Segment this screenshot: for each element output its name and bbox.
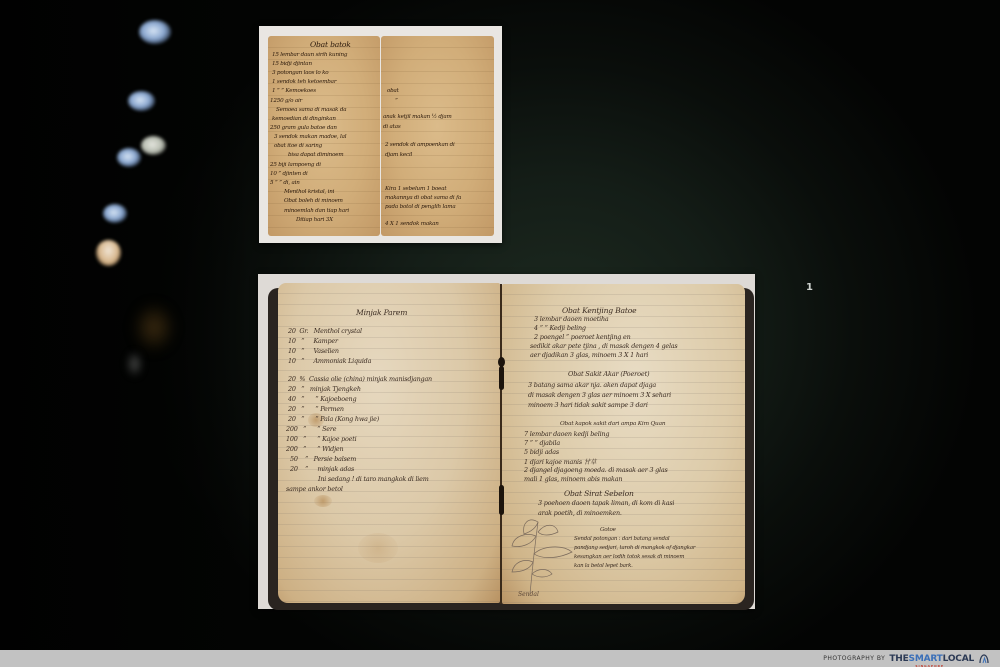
manuscript-line: 15 lembar daun sirih kuning	[272, 52, 347, 58]
manuscript-line: Kira 1 sebelum 1 boeat	[385, 186, 446, 192]
item: ” Kajoeboeng	[315, 395, 356, 403]
unit: ”	[301, 415, 304, 423]
manuscript-line: 2 djangel djagoeng moeda. di masak aer 3…	[524, 466, 668, 474]
unit: ”	[301, 395, 304, 403]
ingredient-row: 100 ” ” Kajoe poeti	[286, 435, 356, 443]
qty: 10	[288, 357, 296, 365]
unit: ”	[305, 455, 308, 463]
manuscript-line: 7 lembar daoen kedji beling	[524, 430, 609, 438]
unit: ”	[301, 385, 304, 393]
notebook-left-title: Minjak Parem	[356, 308, 407, 317]
manuscript-line: Ditiap hari 3X	[296, 217, 333, 223]
plant-sketch-icon: Sendal	[508, 502, 578, 598]
qty: 20	[288, 385, 296, 393]
recipe-title: Obat kapok sakit dari ampa Kim Quan	[560, 421, 665, 427]
manuscript-line: 15 bidji djintan	[272, 61, 312, 67]
manuscript-line: 4 ” ” Kedji beling	[534, 324, 586, 332]
qty: 200	[286, 445, 298, 453]
manuscript-line: 1 sendok teh ketoembar	[272, 79, 336, 85]
ingredient-row: 20 ” minjak adas	[290, 465, 354, 473]
ingredient-row: 20 ” ” Pala (Kong hwa jie)	[288, 415, 379, 423]
qty: 20	[290, 465, 298, 473]
recipe-title: Obat Sirat Sebelon	[564, 489, 634, 498]
unit: ”	[305, 465, 308, 473]
manuscript-line: kemoedian di dinginkan	[272, 116, 336, 122]
manuscript-line: bisa dapat diminoem	[288, 152, 343, 158]
manuscript-line: sampe ankor betol	[286, 485, 343, 493]
manuscript-line: minoemlah dan tiap hari	[284, 208, 349, 214]
recipe-title: Obat Kentjing Batoe	[562, 306, 636, 315]
item: minjak adas	[317, 465, 354, 473]
binding-thread	[499, 485, 504, 515]
manuscript-line: Semoea sama di masak da	[276, 107, 346, 113]
qty: 10	[288, 347, 296, 355]
binding-thread	[499, 366, 504, 390]
unit: ”	[301, 347, 304, 355]
manuscript-line: Sendal potongan : dari batang sendal	[574, 536, 669, 542]
ingredient-row: 20 % Cassia olie (china) minjak manisdja…	[288, 375, 432, 383]
item: ” Kajoe poeti	[317, 435, 356, 443]
item: Cassia olie (china) minjak manisdjangan	[309, 375, 432, 383]
brand-subtitle: SINGAPORE	[915, 664, 944, 667]
brand-logo-icon	[978, 653, 990, 665]
manuscript-line: 1 ” ” Kemoekoes	[272, 88, 316, 94]
bokeh-light	[117, 148, 141, 167]
credit-prefix: PHOTOGRAPHY BY	[823, 655, 885, 662]
manuscript-line: 250 gram gula batoe dan	[270, 125, 337, 131]
brand-word: THE	[889, 654, 908, 664]
ingredient-row: 40 ” ” Kajoeboeng	[288, 395, 356, 403]
qty: 40	[288, 395, 296, 403]
manuscript-line: di atas	[383, 124, 401, 130]
qty: 20	[288, 375, 296, 383]
manuscript-line: makannya di obat sama di fa	[385, 195, 461, 201]
item: Kamper	[313, 337, 337, 345]
paper-stain	[358, 533, 398, 563]
ingredient-row: 20 Gr. Menthol crystal	[288, 327, 362, 335]
manuscript-line: minoem 3 hari tidak sakit sampe 3 dari	[528, 401, 648, 409]
item: minjak Tjengkeh	[310, 385, 361, 393]
ingredient-row: 10 ” Vaselien	[288, 347, 339, 355]
manuscript-line: djam kecil	[385, 152, 412, 158]
ingredient-row: 10 ” Ammoniak Liquida	[288, 357, 371, 365]
manuscript-line: ”	[395, 98, 398, 104]
manuscript-line: 2 sendok di ampoenkan di	[385, 142, 455, 148]
unit: ”	[301, 405, 304, 413]
exhibit-number: 1	[806, 282, 813, 293]
small-card-title: Obat batok	[310, 40, 351, 49]
manuscript-line: obat	[387, 88, 399, 94]
manuscript-line: pandjang sedjari, taroh di mangkok of dj…	[574, 545, 695, 551]
manuscript-line: 3 potongan laos lo ko	[272, 70, 328, 76]
manuscript-line: Ini sedang ! di taro mangkok di liem	[318, 475, 429, 483]
manuscript-line: 3 sendok makan madoe, lal	[274, 134, 346, 140]
small-card-left-page: Obat batok 15 lembar daun sirih kuning 1…	[268, 36, 380, 236]
unit: %	[299, 375, 305, 383]
manuscript-line: 1250 g/o air	[270, 98, 302, 104]
manuscript-line: aer djadikan 3 glas, minoem 3 X 1 hari	[530, 351, 648, 359]
item: Vaselien	[313, 347, 338, 355]
manuscript-line: Menthol kristal, ini	[284, 189, 334, 195]
recipe-title: Gotoe	[600, 527, 616, 533]
manuscript-line: anak ketjil makan ½ djam	[383, 114, 452, 120]
paper-stain	[314, 495, 332, 507]
unit: ”	[301, 357, 304, 365]
unit: ”	[303, 425, 306, 433]
notebook-left-page: Minjak Parem 20 Gr. Menthol crystal 10 ”…	[278, 283, 500, 603]
sketch-label: Sendal	[518, 591, 539, 598]
item: ” Permen	[315, 405, 344, 413]
qty: 10	[288, 337, 296, 345]
manuscript-line: pada botol di penglih lama	[385, 204, 456, 210]
manuscript-line: kan la betol lepet bark.	[574, 563, 633, 569]
manuscript-line: 1 djari kajoe manis 甘草	[524, 457, 596, 466]
unit: Gr.	[299, 327, 308, 335]
manuscript-line: 2 poengel ” poeroet kentjing en	[534, 333, 630, 341]
qty: 100	[286, 435, 298, 443]
bokeh-light	[96, 240, 121, 266]
notebook-right-page: Obat Kentjing Batoe 3 lembar daoen moeti…	[502, 284, 745, 604]
bokeh-light	[139, 20, 171, 44]
photo-credit-bar: PHOTOGRAPHY BY THESMARTLOCALSINGAPORE	[0, 650, 1000, 667]
manuscript-line: sedikit akar pete tjina , di masak denge…	[530, 342, 678, 350]
ingredient-row: 20 ” ” Permen	[288, 405, 344, 413]
small-card-right-page: obat ” anak ketjil makan ½ djam di atas …	[381, 36, 494, 236]
item: Menthol crystal	[314, 327, 362, 335]
manuscript-line: obat itoe di saring	[274, 143, 322, 149]
ingredient-row: 50 ” Persie balsem	[290, 455, 356, 463]
item: Persie balsem	[314, 455, 356, 463]
manuscript-line: Obat boleh di minoem	[284, 198, 343, 204]
brand-word: LOCAL	[943, 654, 974, 664]
manuscript-line: 7 ” ” djabila	[524, 439, 560, 447]
wall-shadow	[0, 0, 250, 650]
manuscript-line: kesangkan aer lodih totok sesak di minoe…	[574, 554, 684, 560]
brand-word: SMART	[909, 654, 943, 664]
qty: 20	[288, 405, 296, 413]
bokeh-light	[127, 352, 142, 376]
manuscript-line: 3 lembar daoen moetiha	[534, 315, 608, 323]
manuscript-line: 25 biji lampoeng di	[270, 162, 321, 168]
manuscript-line: 3 batang sama akar nja. aken dapat djaga	[528, 381, 656, 389]
ingredient-row: 200 ” ” Sere	[286, 425, 336, 433]
qty: 200	[286, 425, 298, 433]
manuscript-line: 4 X 1 sendok makan	[385, 221, 439, 227]
bokeh-light	[135, 305, 173, 350]
manuscript-line: mali 1 glas, minoem abis makan	[524, 475, 622, 483]
museum-wall: 1 Obat batok 15 lembar daun sirih kuning…	[0, 0, 1000, 650]
ingredient-row: 10 ” Kamper	[288, 337, 338, 345]
notebook-spine	[500, 284, 502, 604]
unit: ”	[303, 435, 306, 443]
unit: ”	[303, 445, 306, 453]
unit: ”	[301, 337, 304, 345]
manuscript-line: 5 bidji adas	[524, 448, 559, 456]
bokeh-light	[141, 136, 166, 155]
item: ” Widjen	[317, 445, 343, 453]
item: ” Pala (Kong hwa jie)	[315, 415, 379, 423]
item: Ammoniak Liquida	[313, 357, 371, 365]
item: ” Sere	[317, 425, 336, 433]
ingredient-row: 200 ” ” Widjen	[286, 445, 343, 453]
bokeh-light	[103, 204, 127, 223]
qty: 20	[288, 327, 296, 335]
manuscript-line: 10 ” djinten di	[270, 171, 308, 177]
manuscript-line: di masak dengen 3 glas aer minoem 3 X se…	[528, 391, 671, 399]
manuscript-line: 5 ” ” di, ain	[270, 180, 300, 186]
photo-credit: PHOTOGRAPHY BY THESMARTLOCALSINGAPORE	[823, 650, 990, 667]
qty: 50	[290, 455, 298, 463]
bokeh-light	[128, 91, 155, 111]
brand-wordmark: THESMARTLOCALSINGAPORE	[889, 654, 974, 664]
ingredient-row: 20 ” minjak Tjengkeh	[288, 385, 361, 393]
qty: 20	[288, 415, 296, 423]
recipe-title: Obat Sakit Akar (Poeroet)	[568, 370, 649, 378]
